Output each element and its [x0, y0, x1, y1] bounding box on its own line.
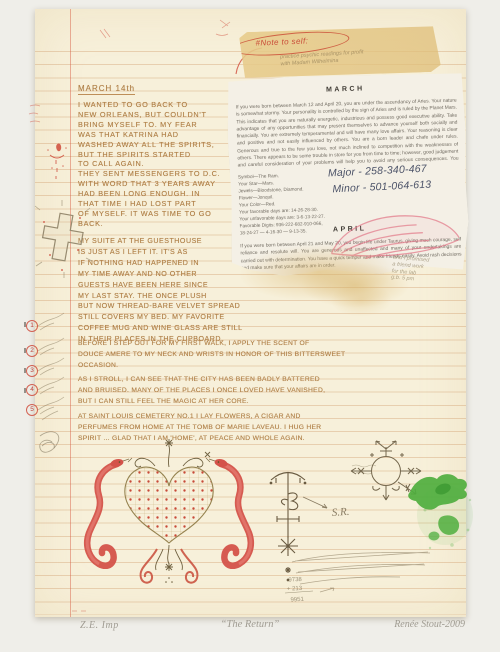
margin-circled-number: 3 [26, 365, 38, 377]
margin-circled-number: 2 [26, 345, 38, 357]
margin-line [70, 9, 71, 617]
journal-paragraph-5: AT SAINT LOUIS CEMETERY NO.1 I LAY FLOWE… [78, 411, 321, 444]
journal-paragraph-1: I WANTED TO GO BACK TO NEW ORLEANS, BUT … [78, 100, 220, 229]
tape-stain [330, 283, 392, 317]
margin-circled-number: 1 [26, 320, 38, 332]
journal-paragraph-3: BEFORE I STEP OUT FOR MY FIRST WALK, I A… [78, 338, 345, 371]
journal-paragraph-4: AS I STROLL, I CAN SEE THAT THE CITY HAS… [78, 374, 325, 407]
artist-signature: Renée Stout-2009 [340, 619, 465, 630]
tape-note: #Note to self: practice psychic readings… [239, 24, 441, 81]
margin-circled-number: 4 [26, 384, 38, 396]
margin-pencil-note: and I promised a friend work for the lab… [391, 254, 430, 284]
journal-date-heading: MARCH 14th [78, 84, 135, 95]
artwork-photo: MARCH 14th I WANTED TO GO BACK TO NEW OR… [0, 0, 500, 652]
journal-paragraph-2: MY SUITE AT THE GUESTHOUSE IS JUST AS I … [78, 236, 243, 345]
margin-circled-number: 5 [26, 404, 38, 416]
